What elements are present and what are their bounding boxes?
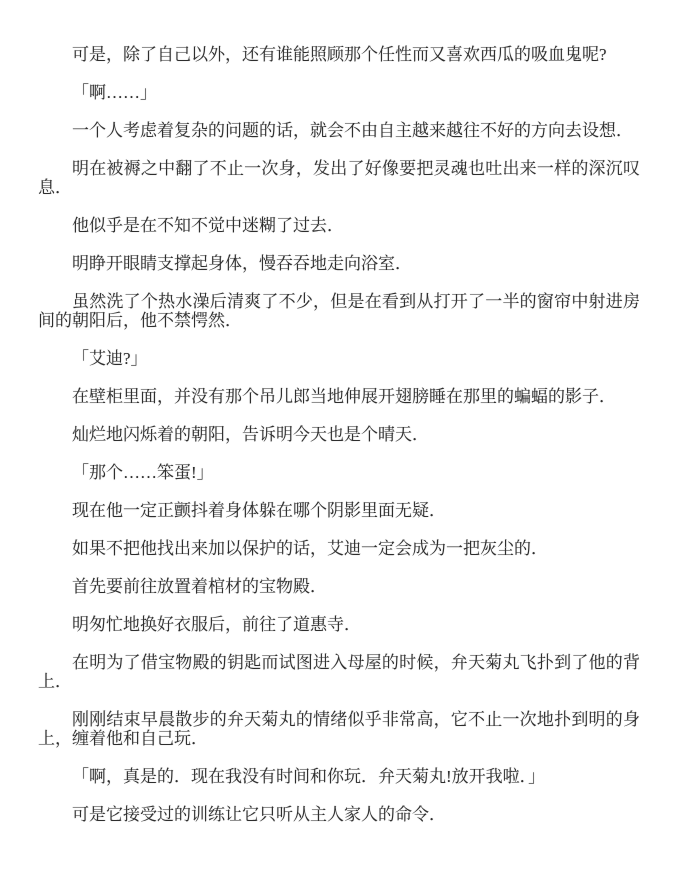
paragraph: 他似乎是在不知不觉中迷糊了过去． xyxy=(38,216,640,235)
paragraph: 首先要前往放置着棺材的宝物殿． xyxy=(38,577,640,596)
paragraph: 明匆忙地换好衣服后，前往了道惠寺． xyxy=(38,615,640,634)
paragraph: 「那个……笨蛋!」 xyxy=(38,463,640,482)
text-content: 可是，除了自己以外，还有谁能照顾那个任性而又喜欢西瓜的吸血鬼呢?「啊……」一个人… xyxy=(38,45,640,824)
paragraph: 刚刚结束早晨散步的弁天菊丸的情绪似乎非常高，它不止一次地扑到明的身上，缠着他和自… xyxy=(38,710,640,748)
paragraph: 「艾迪?」 xyxy=(38,349,640,368)
paragraph: 可是，除了自己以外，还有谁能照顾那个任性而又喜欢西瓜的吸血鬼呢? xyxy=(38,45,640,64)
paragraph: 「啊，真是的．现在我没有时间和你玩．弁天菊丸!放开我啦．」 xyxy=(38,767,640,786)
paragraph: 如果不把他找出来加以保护的话，艾迪一定会成为一把灰尘的． xyxy=(38,539,640,558)
paragraph: 明在被褥之中翻了不止一次身，发出了好像要把灵魂也吐出来一样的深沉叹息． xyxy=(38,159,640,197)
paragraph: 「啊……」 xyxy=(38,83,640,102)
paragraph: 灿烂地闪烁着的朝阳，告诉明今天也是个晴天． xyxy=(38,425,640,444)
paragraph: 可是它接受过的训练让它只听从主人家人的命令． xyxy=(38,805,640,824)
paragraph: 在壁柜里面，并没有那个吊儿郎当地伸展开翅膀睡在那里的蝙蝠的影子． xyxy=(38,387,640,406)
paragraph: 现在他一定正颤抖着身体躲在哪个阴影里面无疑． xyxy=(38,501,640,520)
paragraph: 在明为了借宝物殿的钥匙而试图进入母屋的时候，弁天菊丸飞扑到了他的背上． xyxy=(38,653,640,691)
paragraph: 明睁开眼睛支撑起身体，慢吞吞地走向浴室． xyxy=(38,254,640,273)
paragraph: 一个人考虑着复杂的问题的话，就会不由自主越来越往不好的方向去设想． xyxy=(38,121,640,140)
document-page: 可是，除了自己以外，还有谁能照顾那个任性而又喜欢西瓜的吸血鬼呢?「啊……」一个人… xyxy=(0,0,680,880)
paragraph: 虽然洗了个热水澡后清爽了不少，但是在看到从打开了一半的窗帘中射进房间的朝阳后，他… xyxy=(38,292,640,330)
